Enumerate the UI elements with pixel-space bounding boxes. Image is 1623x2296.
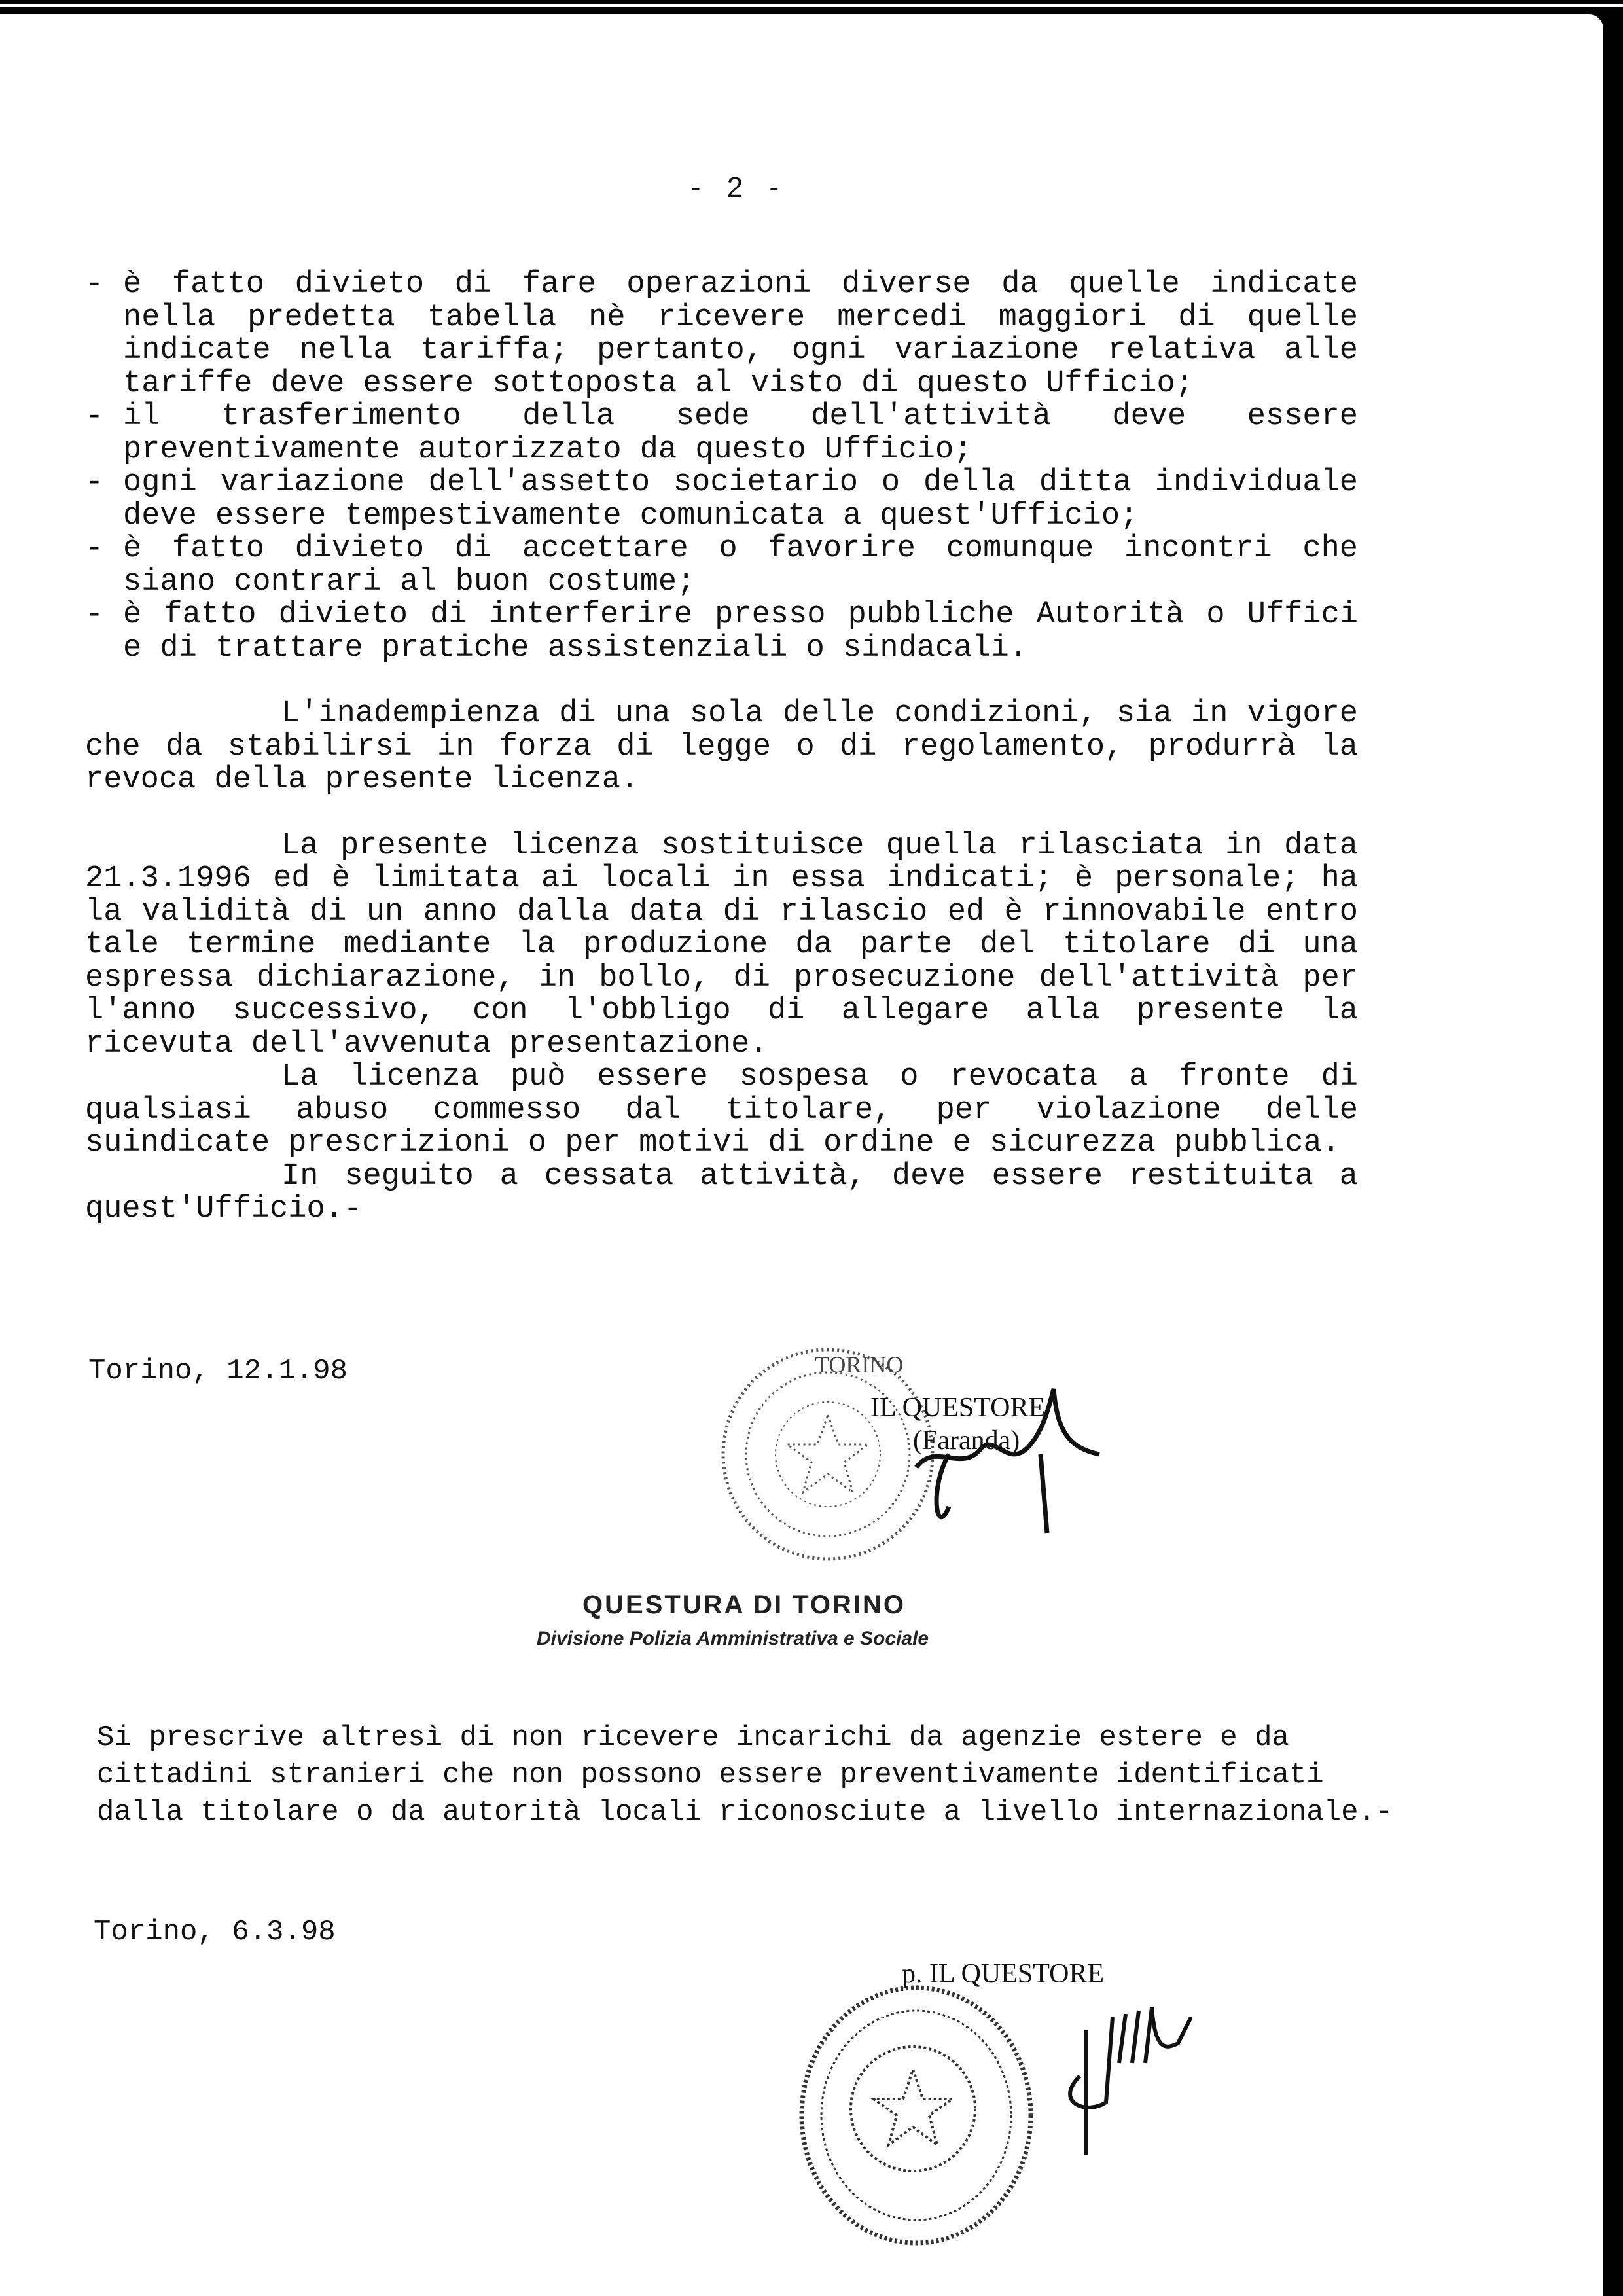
document-page: - 2 - -è fatto divieto di fare operazion… [0,14,1603,2296]
license-body: -è fatto divieto di fare operazioni dive… [85,268,1358,1227]
page-number: - 2 - [0,171,1479,204]
svg-text:TORINO: TORINO [815,1352,903,1378]
scan-edge-gap [0,4,1623,7]
condition-item: -è fatto divieto di accettare o favorire… [85,533,1358,599]
signatory-title-2: p. IL QUESTORE [902,1958,1104,1990]
paragraph-sostituisce: La presente licenza sostituisce quella r… [85,830,1358,1062]
paragraph-cessata: In seguito a cessata attività, deve esse… [85,1160,1358,1227]
place-date-2: Torino, 6.3.98 [94,1916,336,1948]
signature-icon [890,1376,1106,1533]
condition-item: -è fatto divieto di fare operazioni dive… [85,268,1358,401]
round-stamp-2-icon [792,1978,1041,2253]
office-stamp-line1: QUESTURA DI TORINO [582,1590,906,1620]
conditions-list: -è fatto divieto di fare operazioni dive… [85,268,1358,665]
scan-edge-top [0,0,1623,2]
signature-2-icon [1041,2004,1211,2135]
condition-item: -è fatto divieto di interferire presso p… [85,599,1358,665]
condition-item: -ogni variazione dell'assetto societario… [85,467,1358,533]
paragraph-inadempienza: L'inadempienza di una sola delle condizi… [85,698,1358,797]
paragraph-sospesa: La licenza può essere sospesa o revocata… [85,1061,1358,1160]
place-date-1: Torino, 12.1.98 [88,1355,348,1388]
office-stamp-line2: Divisione Polizia Amministrativa e Socia… [537,1628,929,1650]
condition-item: -il trasferimento della sede dell'attivi… [85,401,1358,467]
additional-prescription: Si prescrive altresì di non ricevere inc… [97,1719,1406,1831]
